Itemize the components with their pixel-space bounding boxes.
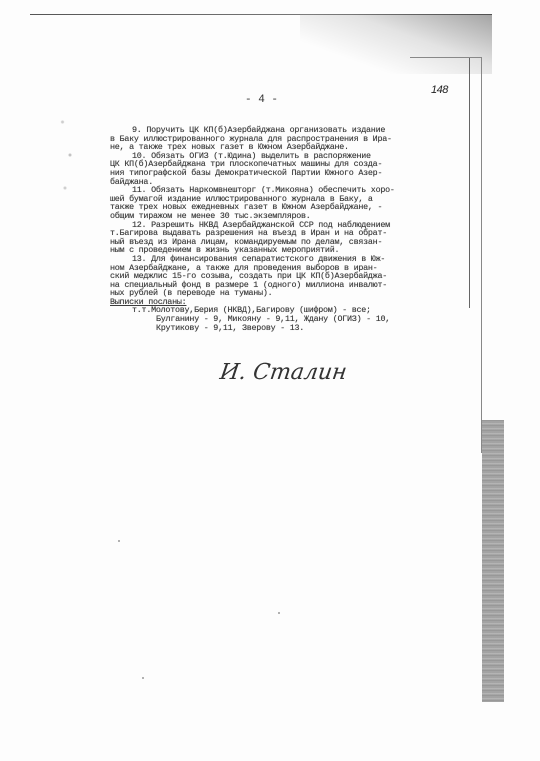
scan-frame-inner-line <box>469 58 470 308</box>
scan-right-edge-strip <box>482 420 504 702</box>
text-line: Крутикову - 9,11, Зверову - 13. <box>110 324 450 333</box>
distribution-list: т.т.Молотову,Берия (НКВД),Багирову (шифр… <box>110 306 450 332</box>
scan-top-smudge <box>300 14 492 74</box>
document-body: 9. Поручить ЦК КП(б)Азербайджана организ… <box>110 126 450 332</box>
resolution-points: 9. Поручить ЦК КП(б)Азербайджана организ… <box>110 126 450 298</box>
scan-speck <box>278 612 280 614</box>
scan-speck <box>186 318 188 320</box>
signature: И. Сталин <box>218 360 348 385</box>
scan-speck <box>142 677 144 679</box>
folio-number: 148 <box>431 84 448 96</box>
page-number: - 4 - <box>245 94 278 106</box>
scan-left-specks <box>55 100 80 210</box>
text-line: ния типографской базы Демократической Па… <box>110 169 450 178</box>
scan-frame-top-line <box>410 57 482 58</box>
scan-speck <box>118 540 120 542</box>
scan-frame-outer-line <box>481 58 482 453</box>
